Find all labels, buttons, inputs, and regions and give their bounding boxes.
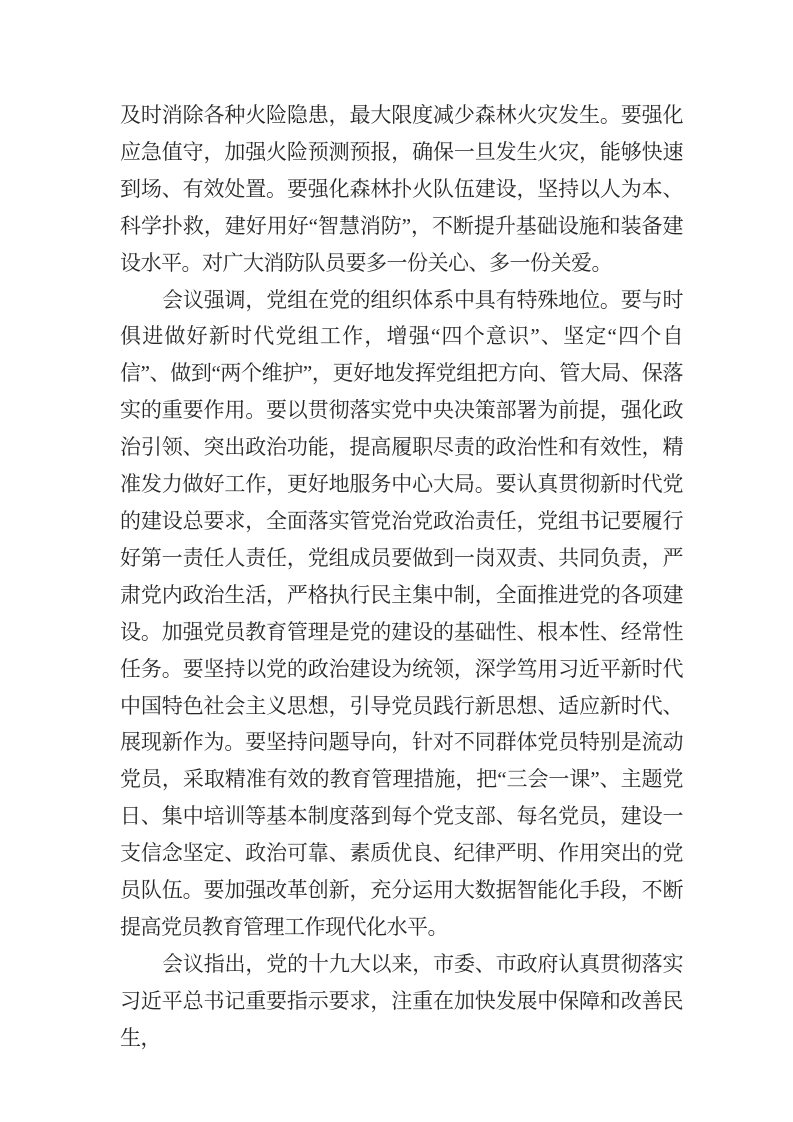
paragraph: 会议指出，党的十九大以来，市委、市政府认真贯彻落实习近平总书记重要指示要求，注重… bbox=[120, 946, 683, 1057]
document-page: 及时消除各种火险隐患，最大限度减少森林火灾发生。要强化应急值守，加强火险预测预报… bbox=[0, 0, 793, 1122]
paragraph: 及时消除各种火险隐患，最大限度减少森林火灾发生。要强化应急值守，加强火险预测预报… bbox=[120, 97, 683, 282]
document-body: 及时消除各种火险隐患，最大限度减少森林火灾发生。要强化应急值守，加强火险预测预报… bbox=[120, 97, 683, 1057]
paragraph: 会议强调，党组在党的组织体系中具有特殊地位。要与时俱进做好新时代党组工作，增强“… bbox=[120, 282, 683, 946]
